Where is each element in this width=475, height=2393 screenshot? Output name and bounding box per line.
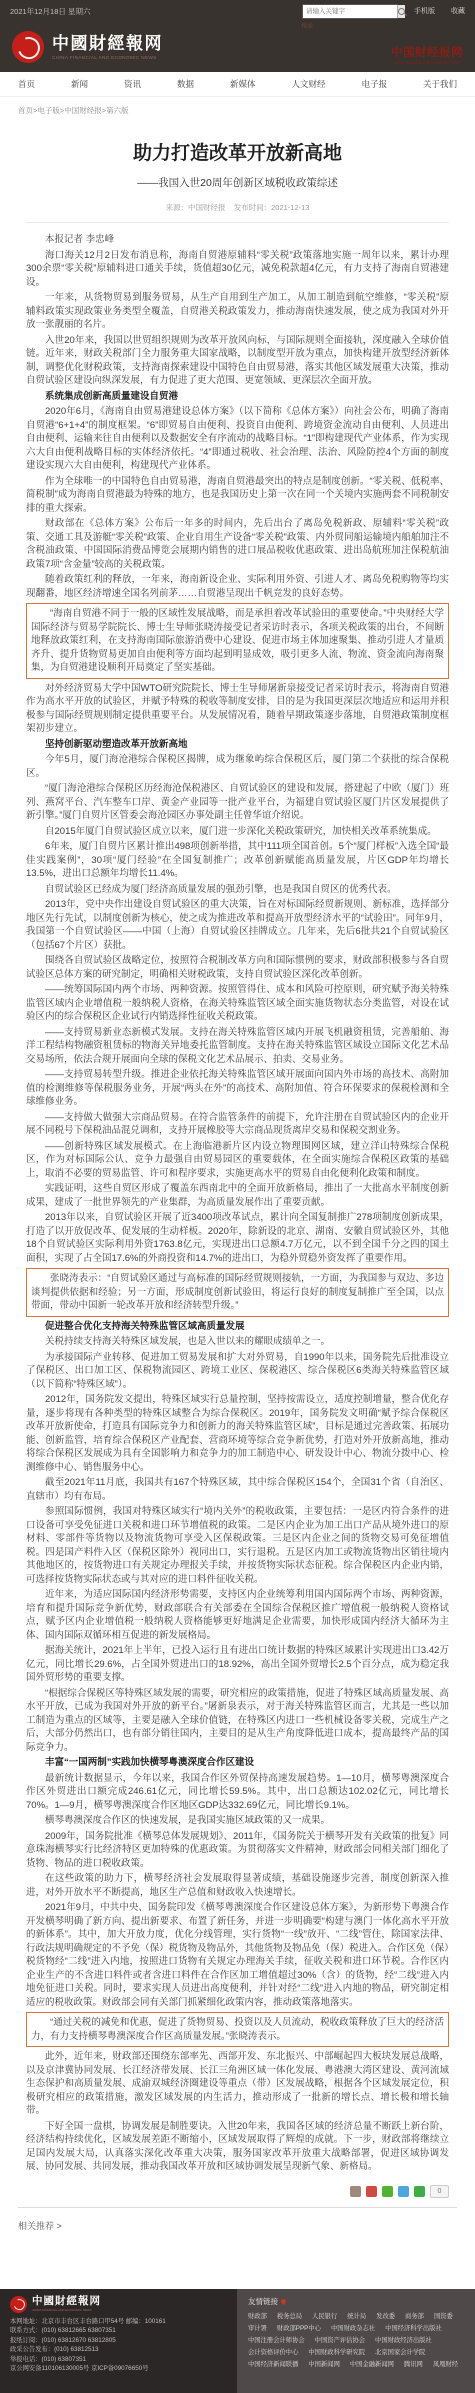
nav-item-7[interactable]: 电子报 [361,78,387,90]
article-paragraph: 2020年6月，《海南自由贸易港建设总体方案》（以下简称《总体方案》）向社会公布… [26,405,449,473]
copy-link-share-icon[interactable] [350,2186,361,2197]
article-paragraph: ——创新特殊区域发展模式。在上海临港新片区内设立物理围网区域，建立洋山特殊综合保… [26,1140,449,1181]
article-paragraph: 横琴粤澳深度合作区的快速发展，是我国实施区域政策的又一成果。 [26,1814,449,1828]
search-box [302,4,398,19]
article-paragraph: 一年来，从货物贸易到服务贸易，从生产自用到生产加工，从加工制造到航空维修，“零关… [26,291,449,332]
friend-link-2[interactable]: 税务总局 [277,2311,302,2320]
article-paragraph: 此外，近年来，财政部还围绕东部率先、西部开发、东北振兴、中部崛起四大板块发展总战… [26,2050,449,2118]
favorite-link[interactable]: 收藏 [451,6,465,16]
article-paragraph: 近年来，为适应国际国内经济形势需要，支持区内企业统筹利用国内国际两个市场、两种资… [26,1588,449,1642]
article-paragraph: 截至2021年11月底，我国共有167个特殊区域，其中综合保税区154个，全国3… [26,1476,449,1503]
site-footer: 中國財經報网 CHINA FINANCIAL AND ECONOMIC NEWS… [0,2289,475,2393]
article-paragraph: 据海关统计，2021年上半年，已投入运行且有进出口统计数据的特殊区域累计实现进出… [26,1644,449,1685]
footer-brand-name: 中國財經報网 [32,2296,101,2307]
article-meta: 来源：中国财经报 发布时间：2021-12-13 [26,202,449,223]
brand-seal-icon[interactable] [12,31,44,63]
article-paragraph: “根据综合保税区等特殊区域发展的需要，研究相应的政策措施，促进了特殊区域高质量发… [26,1687,449,1755]
article-source: 来源：中国财经报 [166,203,226,212]
brand-text[interactable]: 中國財經報网 CHINA FINANCIAL AND ECONOMIC NEWS [52,35,163,60]
nav-item-8[interactable]: 关于我们 [423,78,457,90]
masthead-english: CHINA FINANCIAL AND ECONOMIC NEWS [391,61,463,65]
friend-link-20[interactable]: 中国金融新闻网 [350,2359,394,2368]
section-heading: 系统集成创新高质量建设自贸港 [26,390,449,404]
friend-link-1[interactable]: 财政部 [248,2311,267,2320]
mobile-version-link[interactable]: 手机版 [414,6,435,16]
article-paragraph: 2009年，国务院批准《横琴总体发展规划》、2011年，《国务院关于横琴开发有关… [26,1830,449,1871]
article-paragraph: ——支持贸易新业态新模式发展。支持在海关特殊监管区域内开展飞机融资租赁，完善船舶… [26,1026,449,1067]
more-share-icon[interactable] [414,2186,425,2197]
friend-link-16[interactable]: 中国财政科学研究院 [308,2347,365,2356]
nav-item-1[interactable]: 首页 [18,78,35,90]
qzone-share-icon[interactable] [398,2186,409,2197]
top-bar: 2021年12月18日 星期六 搜索 手机版 收藏 [0,0,475,22]
footer-announce: 政采公告发布：(010) 63812513 [10,2345,227,2355]
search-icon [398,8,405,15]
footer-subscribe: 报纸订阅：(010) 63812670 63812805 [10,2336,227,2346]
share-row: 0 [0,2176,475,2198]
friend-link-8[interactable]: 审计署 [248,2323,267,2332]
friend-links: 财政部税务总局人民银行统计局发改委商务部国资委审计署财政部PPP中心中国财政杂志… [248,2311,464,2369]
article-paragraph: 2013年以来，自贸试验区开展了近3400项改革试点，累计向全国复制推广278项… [26,1211,449,1265]
footer-address: 本网地址：北京市丰台区丰台路口甲54号 邮编：100161 [10,2317,227,2327]
quote-paragraph: “通过关税的减免和优惠，促进了货物贸易、投资以及人员流动，税收政策释放了巨大的经… [31,2016,444,2043]
search-hint-text: 搜索 [301,21,313,30]
footer-links-panel: 友情链接 财政部税务总局人民银行统计局发改委商务部国资委审计署财政部PPP中心中… [237,2289,475,2393]
friend-link-4[interactable]: 统计局 [347,2311,366,2320]
article-body: 本报记者 李忠峰海口海关12月2日发布消息称，海南自贸港原辅料“零关税”政策落地… [26,223,449,2174]
friend-link-21[interactable]: 腾讯网 [404,2359,423,2368]
date-text: 2021年12月18日 星期六 [10,6,302,17]
friend-links-title: 友情链接 [248,2296,464,2307]
article-paragraph: 2013年，党中央作出建设自贸试验区的重大决策，旨在对标国际经贸新规则、新标准，… [26,898,449,952]
article-paragraph: 自2015年厦门自贸试验区成立以来，厦门进一步深化关税政策研究，加快相关改革系统… [26,825,449,839]
friend-link-17[interactable]: 北京国家会计学院 [375,2347,425,2356]
nav-item-4[interactable]: 数据 [177,78,194,90]
spacer [0,2243,475,2289]
footer-brand-row: 中國財經報网 CHINA FINANCIAL AND ECONOMIC NEWS [10,2296,227,2313]
highlight-quote-box: “通过关税的减免和优惠，促进了货物贸易、投资以及人员流动，税收政策释放了巨大的经… [26,2012,449,2047]
article-paragraph: 对外经济贸易大学中国WTO研究院院长、博士生导师屠新泉接受记者采访时表示，将海南… [26,682,449,736]
article-paragraph: 财政部在《总体方案》公布后一年多的时间内，先后出台了离岛免税新政、原辅料“零关税… [26,517,449,571]
brand-name: 中國財經報网 [52,35,163,53]
article-paragraph: 在这些政策的助力下，横琴经济社会发展取得显著成绩，基础设施逐步完善，制度创新深入… [26,1872,449,1899]
article: 助力打造改革开放新高地 ——我国入世20周年创新区域税收政策综述 来源：中国财经… [0,138,475,2174]
page: 2021年12月18日 星期六 搜索 手机版 收藏 中國財經報网 CHINA F… [0,0,475,2393]
nav-item-3[interactable]: 资讯 [124,78,141,90]
friend-link-6[interactable]: 商务部 [405,2311,424,2320]
footer-brand-english: CHINA FINANCIAL AND ECONOMIC NEWS [32,2308,101,2312]
section-heading: 坚持创新驱动塑造改革开放新高地 [26,738,449,752]
friend-link-5[interactable]: 发改委 [376,2311,395,2320]
article-paragraph: 入世20年来，我国以世贸组织规则为改革开放风向标，与国际规则全面接轨，深度融入全… [26,334,449,388]
article-title: 助力打造改革开放新高地 [26,138,449,165]
friend-link-10[interactable]: 中国财政杂志社 [331,2323,375,2332]
friend-link-3[interactable]: 人民银行 [312,2311,337,2320]
section-heading: 丰富“一国两制”实践加快横琴粤澳深度合作区建设 [26,1756,449,1770]
footer-info: 中國財經報网 CHINA FINANCIAL AND ECONOMIC NEWS… [0,2289,237,2393]
masthead-watermark: 中国财经报网 CHINA FINANCIAL AND ECONOMIC NEWS [391,44,463,65]
friend-link-15[interactable]: 会计资格评价中心 [248,2347,298,2356]
article-paragraph: 海口海关12月2日发布消息称，海南自贸港原辅料“零关税”政策落地实施一周年以来，… [26,249,449,290]
section-heading: 促进整合优化支持海关特殊监管区域高质量发展 [26,1320,449,1334]
friend-link-22[interactable]: 凤凰财经 [433,2359,458,2368]
main-nav: 首页新闻资讯数据新媒体人文财经电子报关于我们 [0,72,475,97]
brand-row: 中國財經報网 CHINA FINANCIAL AND ECONOMIC NEWS… [0,22,475,72]
article-paragraph: 围绕各自贸试验区战略定位，按照符合税制改革方向和国际惯例的要求，财政部积极参与各… [26,954,449,981]
footer-report-phone: 举报电话：(010) 63807351 [10,2355,227,2365]
search-button[interactable] [397,5,405,18]
nav-item-6[interactable]: 人文财经 [291,78,325,90]
footer-contact: 联系方式：(010) 63812665 63807351 [10,2326,227,2336]
share-icons [350,2186,425,2197]
article-paragraph: 最新统计数据显示，今年以来，我国合作区外贸保持高速发展趋势。1—10月，横琴粤澳… [26,1772,449,1813]
article-paragraph: 下好全国一盘棋，协调发展是制胜要诀。入世20年来，我国各区域的经济总量不断跃上新… [26,2120,449,2174]
related-recommendations-link[interactable]: 相关推荐 > [0,2208,475,2243]
masthead-title: 中国财经报网 [391,44,463,60]
friend-link-19[interactable]: 中国新闻网 [308,2359,339,2368]
brand-name-english: CHINA FINANCIAL AND ECONOMIC NEWS [52,55,163,60]
share-count[interactable]: 0 [430,2185,449,2198]
site-header: 2021年12月18日 星期六 搜索 手机版 收藏 中國財經報网 CHINA F… [0,0,475,72]
article-paragraph: “厦门海沧港综合保税区历经海沧保税港区、自贸试验区的建设和发展，搭建起了中欧（厦… [26,782,449,823]
friend-link-11[interactable]: 中国经济科学出版社 [385,2323,442,2332]
article-subtitle: ——我国入世20周年创新区域税收政策综述 [26,175,449,190]
quote-paragraph: “海南自贸港不同于一般的区域性发展战略，而是承担着改革试验田的重要使命。”中央财… [31,607,444,675]
search-input[interactable] [303,5,397,18]
quote-paragraph: 张晓涛表示：“自贸试验区通过与高标准的国际经贸规则接轨，一方面，为我国参与双边、… [31,1272,444,1313]
friend-links-label: 友情链接 [248,2296,278,2307]
article-paragraph: 2012年，国务院发文提出，特殊区域实行总量控制，坚持按需设立，适度控制增量，整… [26,1393,449,1474]
breadcrumb[interactable]: 首页>电子版>中国财经报>第六版 [0,97,475,118]
article-paragraph: ——支持做大做强大宗商品贸易。在符合监管条件的前提下，允许注册在自贸试验区内的企… [26,1111,449,1138]
article-publish-time: 发布时间：2021-12-13 [234,203,310,212]
article-paragraph: 2021年9月，中共中央、国务院印发《横琴粤澳深度合作区建设总体方案》，为新形势… [26,1901,449,2009]
article-paragraph: 今年5月，厦门海沧港综合保税区揭牌，成为继象屿综合保税区后，厦门第二个获批的综合… [26,753,449,780]
article-paragraph: 作为全球唯一的中国特色自由贸易港，海南自贸港最突出的特点是制度创新。“零关税、低… [26,475,449,516]
footer-brand-text: 中國財經報网 CHINA FINANCIAL AND ECONOMIC NEWS [32,2296,101,2312]
link-pin-icon [280,2297,287,2304]
article-paragraph: 实践证明，这些自贸区形成了覆盖东西南北中的全面开放新格局，推出了一大批高水平制度… [26,1182,449,1209]
nav-item-2[interactable]: 新闻 [71,78,88,90]
friend-link-14[interactable]: 中国财政经济出版社 [375,2335,432,2344]
nav-item-5[interactable]: 新媒体 [230,78,256,90]
article-paragraph: 6年来，厦门自贸片区累计推出498项创新举措，其中111项全国首创。5个“厦门样… [26,840,449,881]
article-paragraph: 为承接国际产业转移、促进加工贸易发展和扩大对外贸易，自1990年以来，国务院先后… [26,1351,449,1392]
footer-icp: 京公网安备110106130005号 京ICP备09076650号 [10,2364,227,2374]
footer-brand-seal-icon [10,2296,27,2313]
highlight-quote-box: 张晓涛表示：“自贸试验区通过与高标准的国际经贸规则接轨，一方面，为我国参与双边、… [26,1268,449,1317]
article-byline: 本报记者 李忠峰 [26,233,449,247]
article-paragraph: 参照国际惯例，我国对特殊区域实行“境内关外”的税收政策，主要包括：一是区内符合条… [26,1505,449,1586]
wechat-share-icon[interactable] [382,2186,393,2197]
friend-link-7[interactable]: 国资委 [434,2311,453,2320]
friend-link-9[interactable]: 财政部PPP中心 [277,2323,321,2332]
article-paragraph: ——支持贸易转型升级。推进企业依托海关特殊监管区域开展面向国内外市场的高技术、高… [26,1068,449,1109]
article-paragraph: 随着政策红利的释放，一年来，海南新设企业、实际利用外资、引进人才、离岛免税购物等… [26,573,449,600]
friend-link-18[interactable]: 中国经济新闻联播 [248,2359,298,2368]
weibo-share-icon[interactable] [366,2186,377,2197]
highlight-quote-box: “海南自贸港不同于一般的区域性发展战略，而是承担着改革试验田的重要使命。”中央财… [26,603,449,679]
friend-link-12[interactable]: 中国注册会计师协会 [248,2335,305,2344]
article-paragraph: 自贸试验区已经成为厦门经济高质量发展的强劲引擎，也是我国自贸区的优秀代表。 [26,883,449,897]
article-paragraph: 关税持续支持海关特殊区域发展，也是入世以来的耀眼成绩单之一。 [26,1335,449,1349]
article-paragraph: ——统筹国际国内两个市场、两种资源。按照管得住、成本和风险可控原则，研究赋予海关… [26,983,449,1024]
friend-link-13[interactable]: 中国资产评估协会 [315,2335,365,2344]
